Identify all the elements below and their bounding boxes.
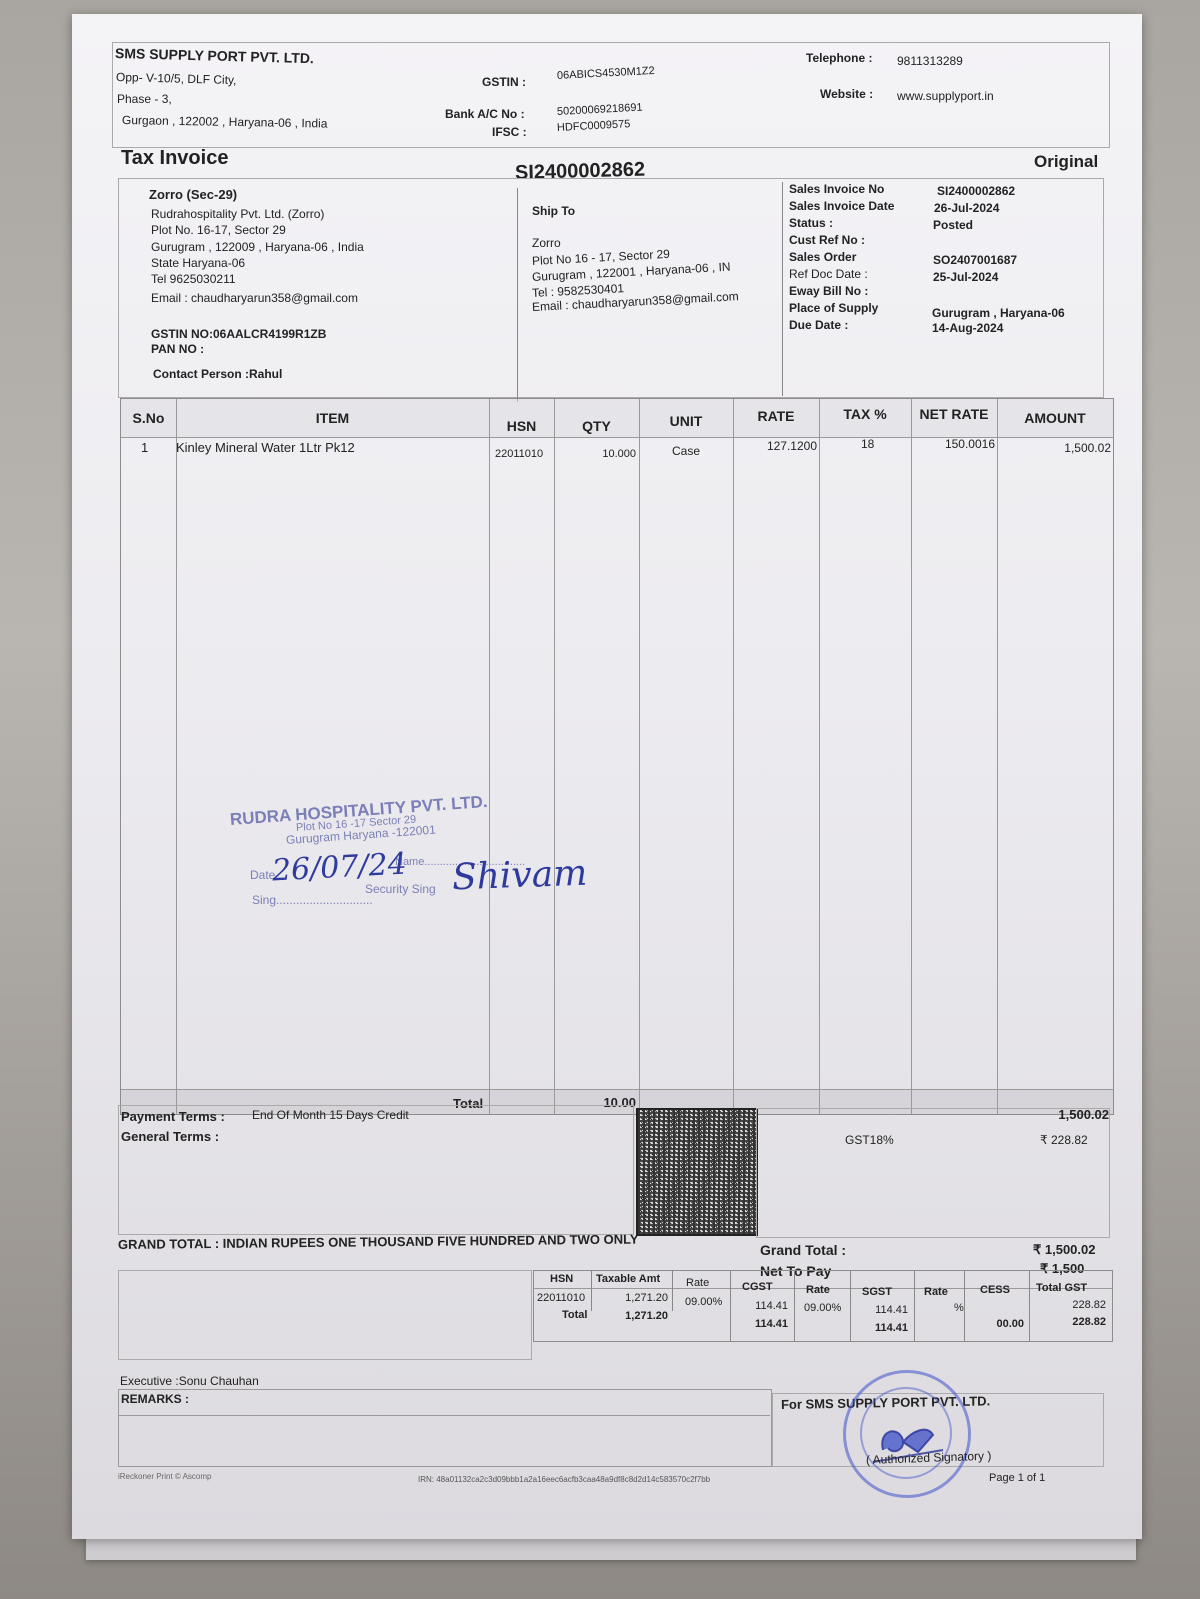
remarks-box: [118, 1389, 772, 1467]
cell-item: Kinley Mineral Water 1Ltr Pk12: [176, 440, 355, 455]
gst-header-cess: CESS: [980, 1284, 1010, 1296]
gst-summary-box: [756, 1108, 1110, 1238]
gst-header-cgst: CGST: [742, 1281, 773, 1293]
qr-code: [636, 1108, 758, 1236]
website-value: www.supplyport.in: [897, 89, 994, 103]
cell-qty: 10.000: [554, 448, 636, 460]
meta-label: Sales Order: [789, 250, 856, 264]
gst-header-hsn: HSN: [550, 1273, 573, 1285]
meta-label: Eway Bill No :: [789, 284, 868, 298]
gst-total-cgst: 114.41: [732, 1318, 788, 1330]
cell-unit: Case: [672, 444, 700, 458]
gst-header-cgst-rate: Rate: [806, 1284, 830, 1296]
bank-label: Bank A/C No :: [445, 107, 525, 121]
seller-address-2: Phase - 3,: [117, 92, 172, 106]
gst-cgst: 114.41: [732, 1300, 788, 1312]
cell-tax: 18: [861, 437, 874, 451]
meta-value: SO2407001687: [933, 253, 1017, 267]
gst-total: 228.82: [1032, 1299, 1106, 1311]
header-item: ITEM: [176, 399, 489, 437]
seal-signature-icon: [843, 1370, 965, 1492]
gst-sgst-rate: 09.00%: [804, 1302, 841, 1314]
gst-header-taxable: Taxable Amt: [596, 1273, 660, 1285]
website-label: Website :: [820, 87, 873, 101]
grand-total-value: ₹ 1,500.02: [1033, 1242, 1096, 1258]
blank-box: [118, 1270, 532, 1360]
document-title: Tax Invoice: [121, 147, 228, 170]
invoice-meta: Sales Invoice No SI2400002862 Sales Invo…: [789, 182, 1099, 342]
meta-label: Ref Doc Date :: [789, 267, 868, 281]
gst-total-sgst: 114.41: [852, 1322, 908, 1334]
gst-total-gst: 228.82: [1032, 1316, 1106, 1328]
gst-cess-rate: %: [954, 1302, 964, 1314]
gst-cgst-rate: 09.00%: [685, 1296, 722, 1308]
header-amount: AMOUNT: [997, 399, 1113, 437]
gst-header-sgst-rate: Rate: [924, 1286, 948, 1298]
cell-hsn: 22011010: [495, 448, 543, 460]
meta-value: SI2400002862: [937, 184, 1015, 198]
meta-label: Sales Invoice Date: [789, 199, 894, 213]
meta-label: Sales Invoice No: [789, 182, 884, 196]
meta-value: 25-Jul-2024: [933, 270, 998, 284]
executive-name: Executive :Sonu Chauhan: [120, 1374, 259, 1388]
meta-value: 26-Jul-2024: [934, 201, 999, 215]
bill-to-contact: Contact Person :Rahul: [153, 367, 282, 381]
header-sno: S.No: [121, 399, 176, 437]
page-number: Page 1 of 1: [989, 1472, 1045, 1484]
gst-label: GST18%: [845, 1133, 894, 1147]
meta-value: Posted: [933, 218, 973, 232]
bill-to-address-1: Plot No. 16-17, Sector 29: [151, 223, 286, 237]
cell-rate: 127.1200: [733, 439, 817, 453]
meta-label: Place of Supply: [789, 301, 878, 315]
gst-sgst: 114.41: [852, 1304, 908, 1316]
gst-value: ₹ 228.82: [1040, 1133, 1088, 1147]
gstin-label: GSTIN :: [482, 75, 526, 89]
cell-net-rate: 150.0016: [911, 437, 995, 451]
grand-total-label: Grand Total :: [760, 1242, 846, 1258]
gst-hsn: 22011010: [537, 1292, 585, 1304]
meta-value: 14-Aug-2024: [932, 321, 1003, 335]
payment-terms-value: End Of Month 15 Days Credit: [252, 1108, 409, 1122]
bill-to-pan: PAN NO :: [151, 342, 204, 356]
ship-to-name: Zorro: [532, 236, 561, 250]
header-unit: UNIT: [639, 402, 733, 440]
divider: [782, 182, 783, 396]
header-hsn: HSN: [489, 407, 554, 445]
stamp-sing-line: Sing.............................: [252, 893, 373, 907]
meta-label: Due Date :: [789, 318, 848, 332]
gst-total-label: Total: [562, 1309, 587, 1321]
company-seal: [843, 1370, 971, 1498]
gst-breakdown-table: HSN Taxable Amt Rate CGST Rate SGST Rate…: [533, 1270, 1113, 1342]
header-tax: TAX %: [819, 395, 911, 433]
print-credit: iReckoner Print © Ascomp: [118, 1472, 211, 1481]
telephone-label: Telephone :: [806, 51, 872, 65]
general-terms-label: General Terms :: [121, 1129, 219, 1144]
terms-box: [118, 1105, 634, 1235]
header-net-rate: NET RATE: [911, 395, 997, 433]
meta-label: Cust Ref No :: [789, 233, 865, 247]
meta-label: Status :: [789, 216, 833, 230]
copy-type: Original: [1034, 152, 1098, 172]
handwritten-date: 26/07/24: [271, 846, 407, 888]
telephone-value: 9811313289: [897, 54, 963, 68]
bill-to-address-2: Gurugram , 122009 , Haryana-06 , India: [151, 240, 364, 254]
cell-sno: 1: [141, 440, 148, 455]
bill-to-gstin: GSTIN NO:06AALCR4199R1ZB: [151, 327, 326, 341]
cell-amount: 1,500.02: [997, 441, 1111, 455]
divider: [517, 188, 518, 402]
irn: IRN: 48a01132ca2c3d09bbb1a2a16eec6acfb3c…: [418, 1475, 710, 1484]
handwritten-signature: Shivam: [451, 853, 588, 899]
stamp-security-label: Security Sing: [365, 882, 436, 896]
header-qty: QTY: [554, 407, 639, 445]
remarks-label: REMARKS :: [121, 1392, 189, 1406]
bill-to-state: State Haryana-06: [151, 256, 245, 270]
gst-header-total: Total GST: [1036, 1282, 1087, 1294]
gst-header-rate: Rate: [686, 1277, 709, 1289]
gst-header-sgst: SGST: [862, 1286, 892, 1298]
payment-terms-label: Payment Terms :: [121, 1109, 225, 1124]
meta-value: Gurugram , Haryana-06: [932, 306, 1065, 320]
bill-to-tel: Tel 9625030211: [151, 272, 236, 286]
gst-total-taxable: 1,271.20: [594, 1310, 668, 1322]
header-rate: RATE: [733, 397, 819, 435]
items-table: S.No ITEM HSN QTY UNIT RATE TAX % NET RA…: [120, 398, 1114, 1115]
bill-to-name: Zorro (Sec-29): [149, 187, 237, 202]
gst-total-cess: 00.00: [970, 1318, 1024, 1330]
bill-to-email: Email : chaudharyarun358@gmail.com: [151, 291, 358, 305]
gst-taxable: 1,271.20: [594, 1292, 668, 1304]
bill-to-company: Rudrahospitality Pvt. Ltd. (Zorro): [151, 207, 324, 221]
ifsc-label: IFSC :: [492, 125, 527, 139]
ship-to-label: Ship To: [532, 204, 575, 218]
